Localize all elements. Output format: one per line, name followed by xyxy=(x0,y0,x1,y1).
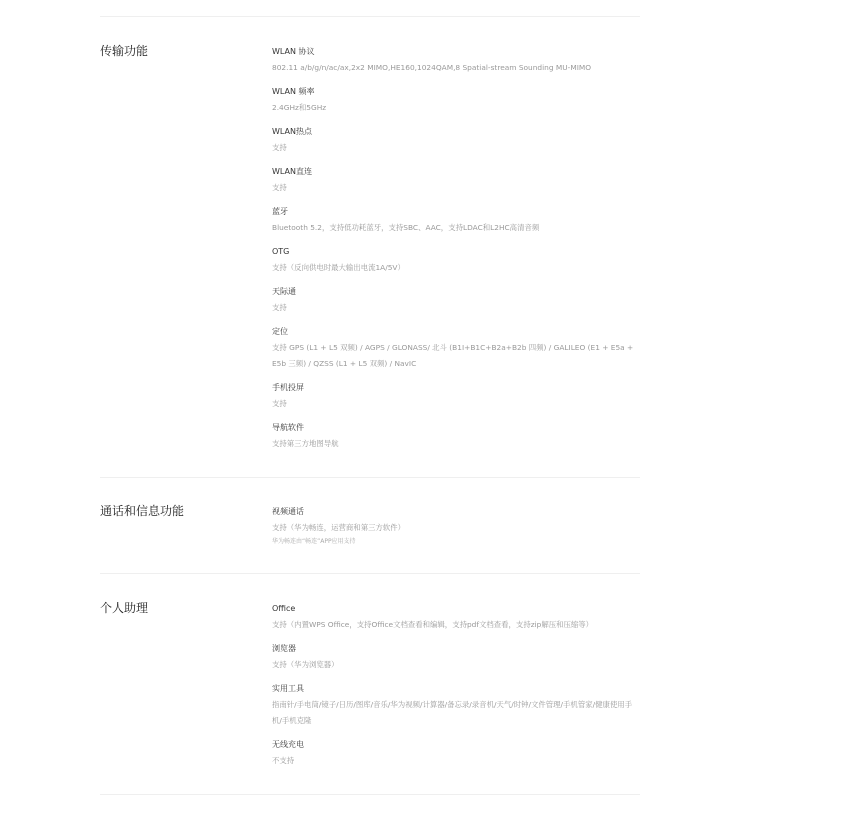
spec-list: Office 支持（内置WPS Office，支持Office文档查看和编辑，支… xyxy=(272,601,640,777)
spec-item: Office 支持（内置WPS Office，支持Office文档查看和编辑，支… xyxy=(272,601,640,633)
spec-label: 视频通话 xyxy=(272,504,640,520)
spec-value: 802.11 a/b/g/n/ac/ax,2x2 MIMO,HE160,1024… xyxy=(272,60,640,76)
spec-value: 支持（反向供电时最大输出电流1A/5V） xyxy=(272,260,640,276)
spec-item: 视频通话 支持（华为畅连，运营商和第三方软件） 华为畅连由“畅连”APP应用支持 xyxy=(272,504,640,548)
spec-label: WLAN 频率 xyxy=(272,84,640,100)
spec-value: 支持（华为浏览器） xyxy=(272,657,640,673)
spec-value: 支持 xyxy=(272,300,640,316)
spec-item: 手机投屏 支持 xyxy=(272,380,640,412)
spec-value: 2.4GHz和5GHz xyxy=(272,100,640,116)
spec-list: 视频通话 支持（华为畅连，运营商和第三方软件） 华为畅连由“畅连”APP应用支持 xyxy=(272,504,640,556)
spec-value: 支持 xyxy=(272,140,640,156)
spec-label: WLAN热点 xyxy=(272,124,640,140)
spec-item: 实用工具 指南针/手电筒/镜子/日历/图库/音乐/华为视频/计算器/备忘录/录音… xyxy=(272,681,640,729)
section-title: 个人助理 xyxy=(100,601,148,615)
spec-label: 实用工具 xyxy=(272,681,640,697)
spec-value: 支持（内置WPS Office，支持Office文档查看和编辑，支持pdf文档查… xyxy=(272,617,640,633)
spec-value: 指南针/手电筒/镜子/日历/图库/音乐/华为视频/计算器/备忘录/录音机/天气/… xyxy=(272,697,640,729)
spec-label: 天际通 xyxy=(272,284,640,300)
spec-item: 定位 支持 GPS (L1 + L5 双频) / AGPS / GLONASS/… xyxy=(272,324,640,372)
spec-label: WLAN直连 xyxy=(272,164,640,180)
spec-item: WLAN 频率 2.4GHz和5GHz xyxy=(272,84,640,116)
spec-item: OTG 支持（反向供电时最大输出电流1A/5V） xyxy=(272,244,640,276)
spec-value: 支持 xyxy=(272,180,640,196)
spec-value: 支持第三方地图导航 xyxy=(272,436,640,452)
spec-label: 无线充电 xyxy=(272,737,640,753)
divider xyxy=(100,573,640,574)
spec-label: 手机投屏 xyxy=(272,380,640,396)
spec-item: 天际通 支持 xyxy=(272,284,640,316)
divider xyxy=(100,794,640,795)
spec-item: WLAN 协议 802.11 a/b/g/n/ac/ax,2x2 MIMO,HE… xyxy=(272,44,640,76)
spec-note: 华为畅连由“畅连”APP应用支持 xyxy=(272,536,640,548)
spec-item: WLAN直连 支持 xyxy=(272,164,640,196)
spec-label: WLAN 协议 xyxy=(272,44,640,60)
spec-label: 浏览器 xyxy=(272,641,640,657)
spec-value: 支持 GPS (L1 + L5 双频) / AGPS / GLONASS/ 北斗… xyxy=(272,340,640,372)
spec-item: 导航软件 支持第三方地图导航 xyxy=(272,420,640,452)
spec-value: Bluetooth 5.2，支持低功耗蓝牙，支持SBC、AAC，支持LDAC和L… xyxy=(272,220,640,236)
spec-value: 支持 xyxy=(272,396,640,412)
spec-label: 定位 xyxy=(272,324,640,340)
spec-item: WLAN热点 支持 xyxy=(272,124,640,156)
divider xyxy=(100,477,640,478)
divider xyxy=(100,16,640,17)
spec-value: 不支持 xyxy=(272,753,640,769)
spec-value: 支持（华为畅连，运营商和第三方软件） xyxy=(272,520,640,536)
section-title: 传输功能 xyxy=(100,44,148,58)
spec-label: 导航软件 xyxy=(272,420,640,436)
spec-item: 浏览器 支持（华为浏览器） xyxy=(272,641,640,673)
spec-label: 蓝牙 xyxy=(272,204,640,220)
spec-label: Office xyxy=(272,601,640,617)
spec-label: OTG xyxy=(272,244,640,260)
section-title: 通话和信息功能 xyxy=(100,504,184,518)
spec-item: 无线充电 不支持 xyxy=(272,737,640,769)
spec-item: 蓝牙 Bluetooth 5.2，支持低功耗蓝牙，支持SBC、AAC，支持LDA… xyxy=(272,204,640,236)
spec-list: WLAN 协议 802.11 a/b/g/n/ac/ax,2x2 MIMO,HE… xyxy=(272,44,640,460)
